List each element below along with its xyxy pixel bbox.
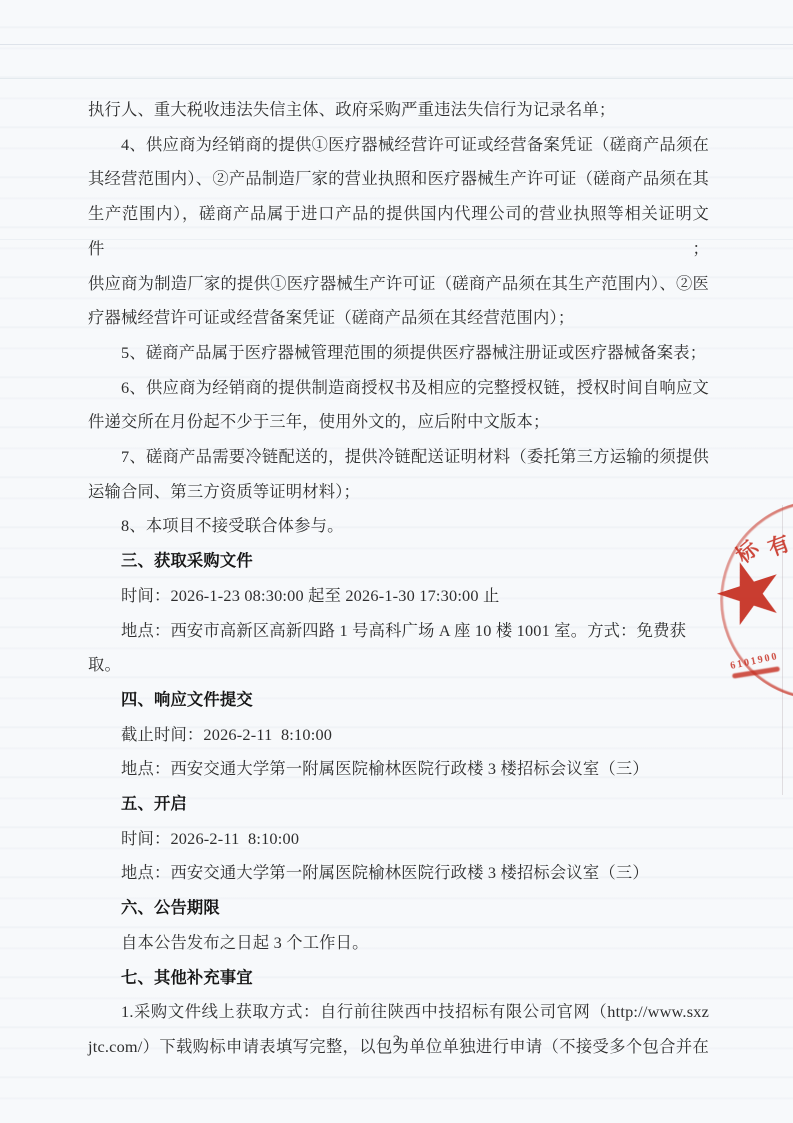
document-line: 五、开启	[88, 787, 709, 822]
document-line: 地点：西安交通大学第一附属医院榆林医院行政楼 3 楼招标会议室（三）	[88, 856, 709, 891]
stamp-ink-smudge	[732, 666, 780, 678]
document-line: 三、获取采购文件	[88, 544, 709, 579]
document-line: 件递交所在月份起不少于三年，使用外文的，应后附中文版本；	[88, 405, 709, 440]
document-line: 七、其他补充事宜	[88, 961, 709, 996]
stamp-serial-number: 6101900	[729, 651, 779, 672]
document-line: 时间：2026-1-23 08:30:00 起至 2026-1-30 17:30…	[88, 579, 709, 614]
document-line: 6、供应商为经销商的提供制造商授权书及相应的完整授权链，授权时间自响应文	[88, 371, 709, 406]
document-line: 1.采购文件线上获取方式：自行前往陕西中技招标有限公司官网（http://www…	[88, 995, 709, 1030]
document-line: 截止时间：2026-2-11 8:10:00	[88, 718, 709, 753]
document-line: 疗器械经营许可证或经营备案凭证（磋商产品须在其经营范围内）；	[88, 301, 709, 336]
document-line: 地点：西安交通大学第一附属医院榆林医院行政楼 3 楼招标会议室（三）	[88, 752, 709, 787]
document-line: 7、磋商产品需要冷链配送的，提供冷链配送证明材料（委托第三方运输的须提供	[88, 440, 709, 475]
document-line: 供应商为制造厂家的提供①医疗器械生产许可证（磋商产品须在其生产范围内）、②医	[88, 267, 709, 302]
stamp-arc-text: 有	[764, 527, 793, 562]
document-page: 执行人、重大税收违法失信主体、政府采购严重违法失信行为记录名单；4、供应商为经销…	[0, 0, 793, 1123]
stamp-arc-text: 标	[729, 533, 764, 569]
page-number: 2	[0, 1033, 793, 1050]
scan-artifact-line	[782, 505, 783, 795]
document-line: 运输合同、第三方资质等证明材料）；	[88, 475, 709, 510]
document-line: 5、磋商产品属于医疗器械管理范围的须提供医疗器械注册证或医疗器械备案表；	[88, 336, 709, 371]
stamp-star-icon: ★	[702, 543, 793, 644]
document-line: 生产范围内），磋商产品属于进口产品的提供国内代理公司的营业执照等相关证明文件；	[88, 197, 709, 266]
document-line: 4、供应商为经销商的提供①医疗器械经营许可证或经营备案凭证（磋商产品须在	[88, 128, 709, 163]
document-line: 执行人、重大税收违法失信主体、政府采购严重违法失信行为记录名单；	[88, 93, 709, 128]
document-line: 8、本项目不接受联合体参与。	[88, 509, 709, 544]
document-body: 执行人、重大税收违法失信主体、政府采购严重违法失信行为记录名单；4、供应商为经销…	[88, 93, 709, 1065]
document-line: 时间：2026-2-11 8:10:00	[88, 822, 709, 857]
document-line: 自本公告发布之日起 3 个工作日。	[88, 926, 709, 961]
document-line: 地点：西安市高新区高新四路 1 号高科广场 A 座 10 楼 1001 室。方式…	[88, 614, 709, 683]
document-line: 其经营范围内）、②产品制造厂家的营业执照和医疗器械生产许可证（磋商产品须在其	[88, 162, 709, 197]
document-line: 六、公告期限	[88, 891, 709, 926]
document-line: 四、响应文件提交	[88, 683, 709, 718]
